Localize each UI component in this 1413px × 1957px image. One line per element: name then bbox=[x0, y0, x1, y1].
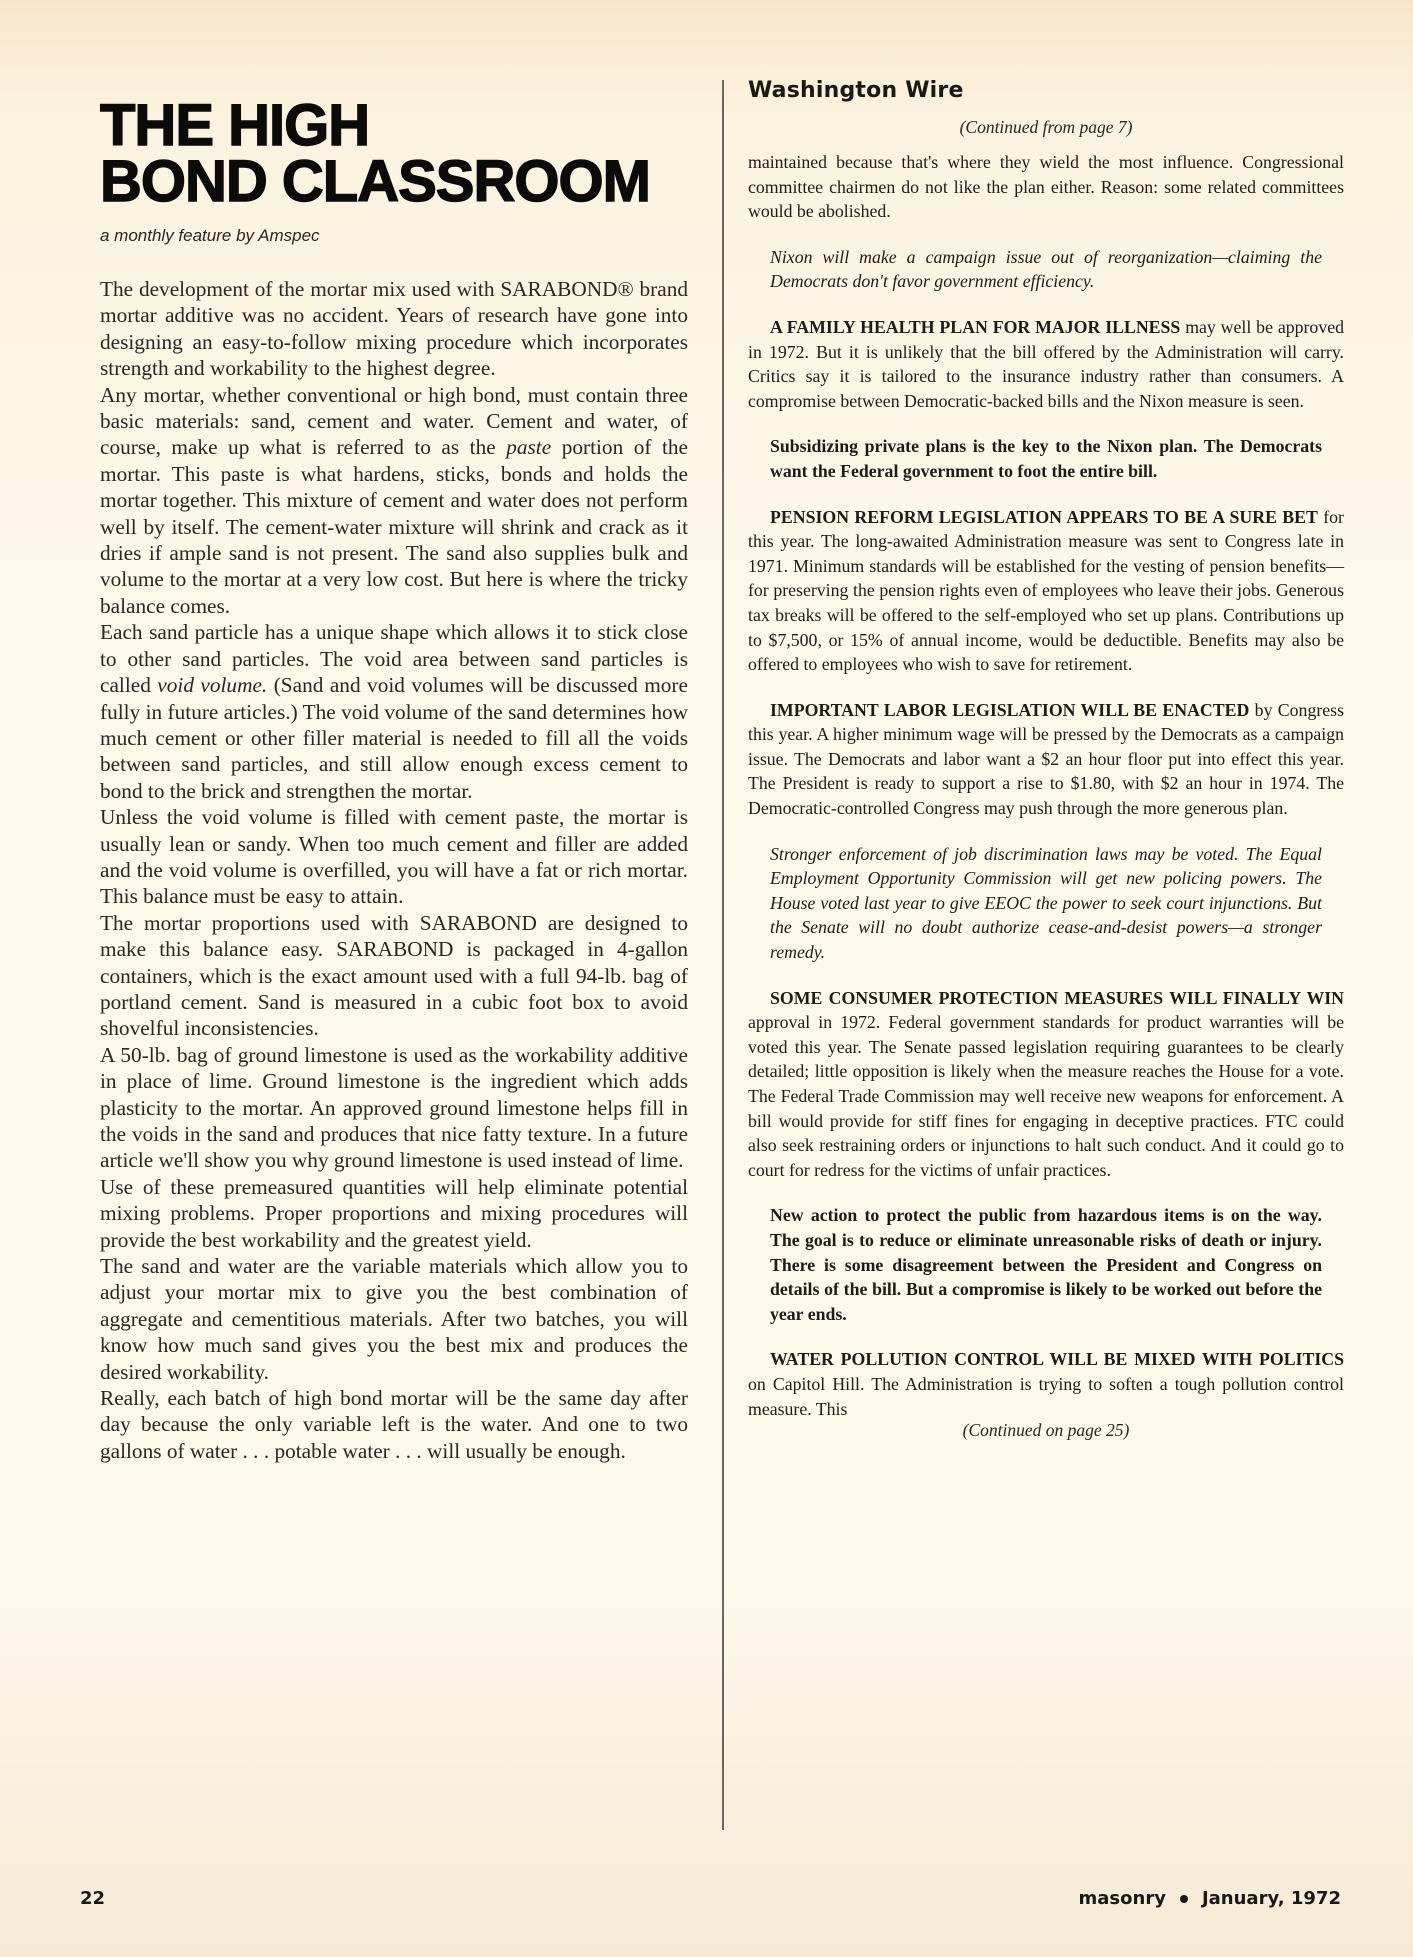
wire-paragraph-body: for this year. The long-awaited Administ… bbox=[748, 507, 1344, 675]
article-paragraph: Use of these premeasured quantities will… bbox=[100, 1174, 688, 1253]
article-paragraph: The development of the mortar mix used w… bbox=[100, 276, 688, 382]
article-paragraph: The sand and water are the variable mate… bbox=[100, 1253, 688, 1385]
wire-aside-bold: New action to protect the public from ha… bbox=[770, 1203, 1322, 1326]
wire-aside-italic: Stronger enforcement of job discriminati… bbox=[770, 842, 1322, 965]
paragraph-text: A 50-lb. bag of ground limestone is used… bbox=[100, 1043, 688, 1173]
wire-paragraph-body: approval in 1972. Federal government sta… bbox=[748, 1012, 1344, 1180]
wire-kicker: A FAMILY HEALTH PLAN FOR MAJOR ILLNESS bbox=[770, 317, 1180, 337]
paragraph-text: The sand and water are the variable mate… bbox=[100, 1254, 688, 1384]
paragraph-text: The development of the mortar mix used w… bbox=[100, 277, 688, 380]
paragraph-text: Use of these premeasured quantities will… bbox=[100, 1175, 688, 1252]
paragraph-text: portion of the mortar. This paste is wha… bbox=[100, 435, 688, 617]
column-divider bbox=[722, 80, 724, 1830]
publication-name: masonry bbox=[1079, 1888, 1166, 1909]
wire-paragraph: PENSION REFORM LEGISLATION APPEARS TO BE… bbox=[748, 505, 1344, 677]
article-paragraph: Really, each batch of high bond mortar w… bbox=[100, 1385, 688, 1464]
headline-line-2: BOND CLASSROOM bbox=[100, 149, 650, 214]
wire-aside-italic: Nixon will make a campaign issue out of … bbox=[770, 245, 1322, 294]
continued-from-note: (Continued from page 7) bbox=[748, 117, 1344, 138]
wire-paragraph: SOME CONSUMER PROTECTION MEASURES WILL F… bbox=[748, 986, 1344, 1183]
article-headline: THE HIGH BOND CLASSROOM bbox=[100, 98, 688, 210]
wire-body: maintained because that's where they wie… bbox=[748, 150, 1344, 1441]
issue-date: January, 1972 bbox=[1202, 1888, 1341, 1909]
article-paragraph: Any mortar, whether conventional or high… bbox=[100, 382, 688, 620]
article-subhead: a monthly feature by Amspec bbox=[100, 226, 688, 246]
wire-kicker: IMPORTANT LABOR LEGISLATION WILL BE ENAC… bbox=[770, 700, 1249, 720]
wire-paragraph: maintained because that's where they wie… bbox=[748, 150, 1344, 224]
article-paragraph: Unless the void volume is filled with ce… bbox=[100, 804, 688, 910]
wire-paragraph-body: on Capitol Hill. The Administration is t… bbox=[748, 1374, 1344, 1419]
wire-kicker: WATER POLLUTION CONTROL WILL BE MIXED WI… bbox=[770, 1349, 1344, 1369]
wire-paragraph: IMPORTANT LABOR LEGISLATION WILL BE ENAC… bbox=[748, 698, 1344, 821]
bullet-icon bbox=[1180, 1895, 1188, 1903]
article-body: The development of the mortar mix used w… bbox=[100, 276, 688, 1464]
high-bond-classroom-column: THE HIGH BOND CLASSROOM a monthly featur… bbox=[100, 98, 688, 1464]
page-number: 22 bbox=[80, 1888, 105, 1909]
paragraph-text: Unless the void volume is filled with ce… bbox=[100, 805, 688, 908]
washington-wire-column: Washington Wire (Continued from page 7) … bbox=[748, 78, 1344, 1441]
wire-aside-bold: Subsidizing private plans is the key to … bbox=[770, 434, 1322, 483]
wire-kicker: SOME CONSUMER PROTECTION MEASURES WILL F… bbox=[770, 988, 1344, 1008]
folio: masonry January, 1972 bbox=[1079, 1888, 1341, 1909]
paragraph-text: Really, each batch of high bond mortar w… bbox=[100, 1386, 688, 1463]
wire-paragraph: WATER POLLUTION CONTROL WILL BE MIXED WI… bbox=[748, 1347, 1344, 1421]
section-title: Washington Wire bbox=[748, 78, 1344, 103]
article-paragraph: The mortar proportions used with SARABON… bbox=[100, 910, 688, 1042]
magazine-page: THE HIGH BOND CLASSROOM a monthly featur… bbox=[0, 0, 1413, 1957]
wire-kicker: PENSION REFORM LEGISLATION APPEARS TO BE… bbox=[770, 507, 1318, 527]
article-paragraph: Each sand particle has a unique shape wh… bbox=[100, 619, 688, 804]
wire-paragraph: A FAMILY HEALTH PLAN FOR MAJOR ILLNESS m… bbox=[748, 315, 1344, 413]
emphasized-term: void volume. bbox=[157, 673, 267, 697]
continued-on-note: (Continued on page 25) bbox=[748, 1420, 1344, 1441]
article-paragraph: A 50-lb. bag of ground limestone is used… bbox=[100, 1042, 688, 1174]
paragraph-text: The mortar proportions used with SARABON… bbox=[100, 911, 688, 1041]
emphasized-term: paste bbox=[506, 435, 551, 459]
